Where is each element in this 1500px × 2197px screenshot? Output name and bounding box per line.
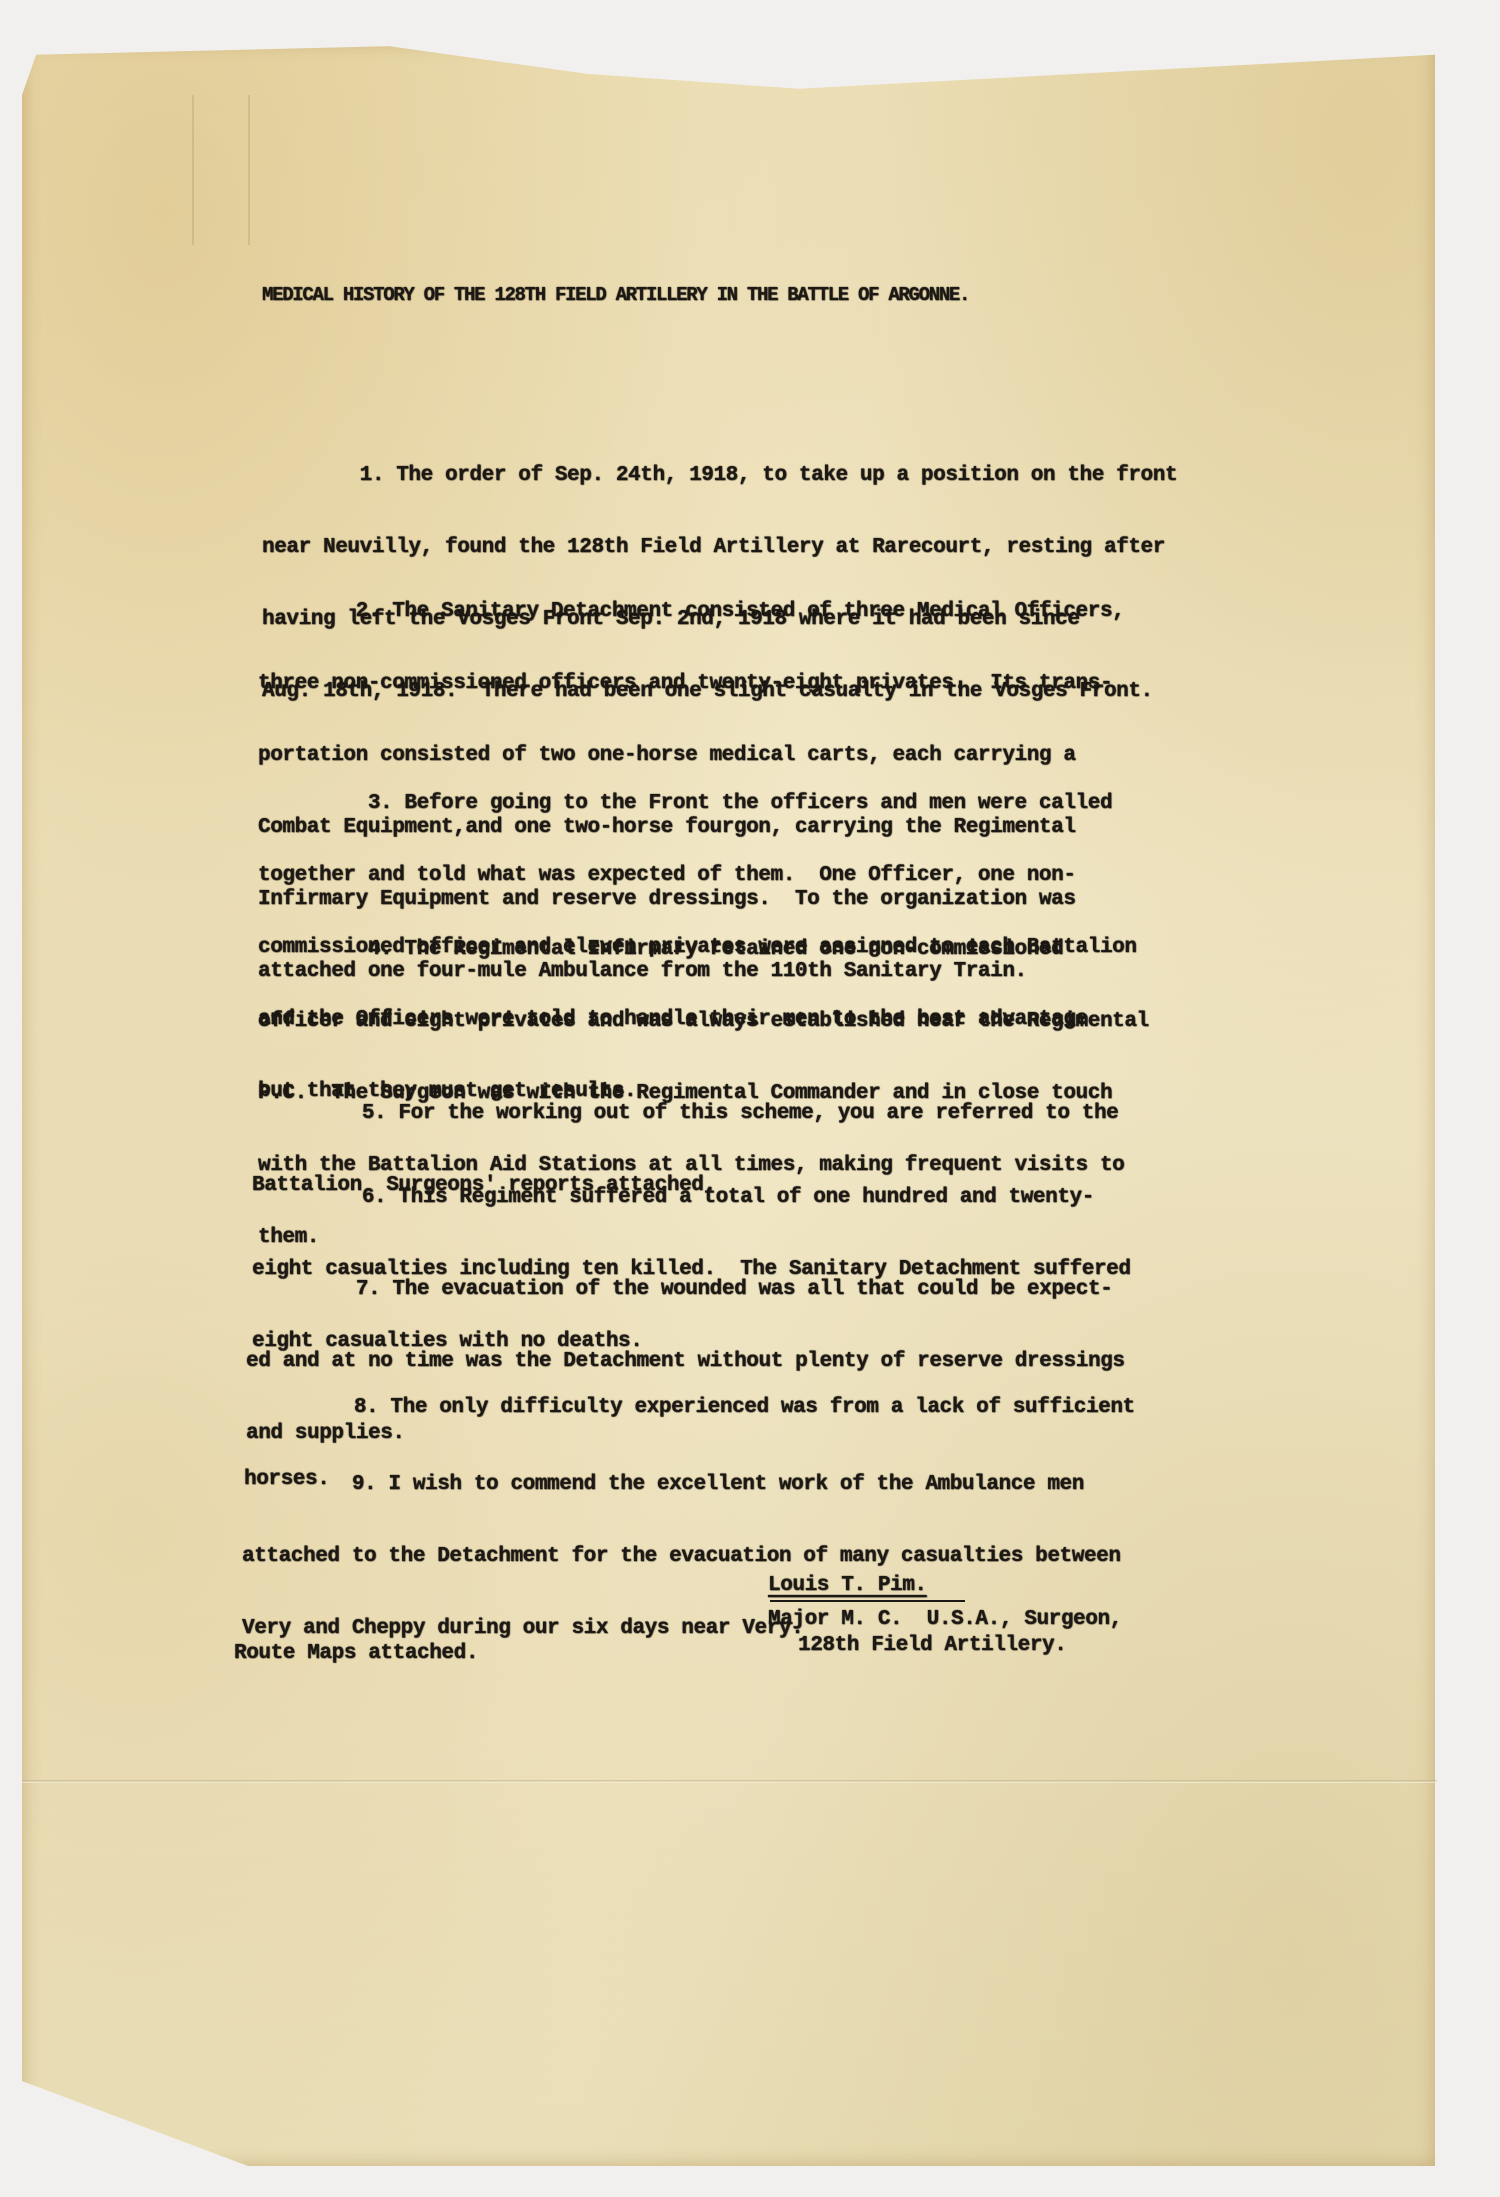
paragraph-line: 7. The evacuation of the wounded was all… <box>246 1278 1125 1302</box>
paragraph-line: together and told what was expected of t… <box>258 864 1137 888</box>
paragraph-line: 9. I wish to commend the excellent work … <box>242 1473 1121 1497</box>
paper-crease <box>248 95 250 245</box>
paragraph-line: three non-commissioned officers and twen… <box>258 672 1124 696</box>
paragraph-line: officer and eight privates and was alway… <box>258 1010 1149 1034</box>
signature-name: Louis T. Pim. <box>768 1574 927 1597</box>
paragraph-line: 8. The only difficulty experienced was f… <box>244 1396 1135 1420</box>
paragraph-line: 3. Before going to the Front the officer… <box>258 792 1137 816</box>
enclosure-note: Route Maps attached. <box>234 1642 478 1665</box>
signature-unit: 128th Field Artillery. <box>798 1634 1066 1657</box>
paragraph-line: 2. The Sanitary Detachment consisted of … <box>258 600 1124 624</box>
paper-crease <box>192 95 194 245</box>
paragraph-line: 1. The order of Sep. 24th, 1918, to take… <box>262 464 1177 488</box>
signature-line <box>770 1600 965 1602</box>
paragraph-line: 6. This Regiment suffered a total of one… <box>252 1186 1131 1210</box>
document-title: MEDICAL HISTORY OF THE 128TH FIELD ARTIL… <box>262 284 969 306</box>
paragraph-line: 4. The Regimental Infirmary retained one… <box>258 938 1149 962</box>
signature-title: Major M. C. U.S.A., Surgeon, <box>768 1608 1122 1631</box>
paragraph-line: attached to the Detachment for the evacu… <box>242 1545 1121 1569</box>
paragraph-line: 5. For the working out of this scheme, y… <box>252 1102 1118 1126</box>
paper-fold-line <box>22 1780 1437 1783</box>
